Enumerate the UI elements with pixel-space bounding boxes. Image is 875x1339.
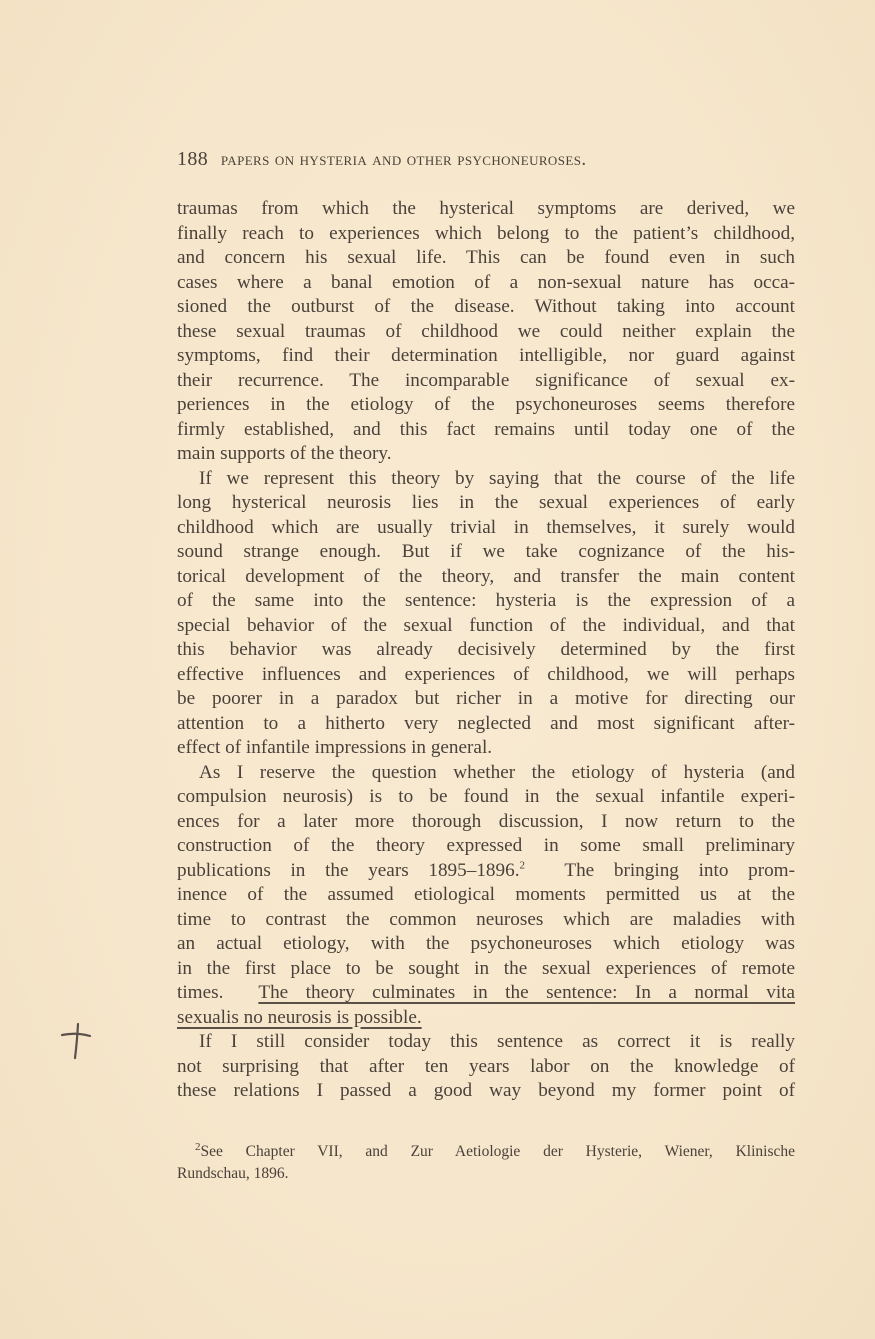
text-line: in the first place to be sought in the s… [177, 957, 795, 982]
text-line: of the same into the sentence: hysteria … [177, 589, 795, 614]
text-segment: The bringing into prom- [564, 860, 795, 881]
body-text: traumas from which the hysterical sympto… [177, 197, 795, 1104]
text-line: firmly established, and this fact remain… [177, 418, 795, 443]
text-line: these sexual traumas of childhood we cou… [177, 320, 795, 345]
text-line: torical development of the theory, and t… [177, 565, 795, 590]
text-line: periences in the etiology of the psychon… [177, 393, 795, 418]
text-line: not surprising that after ten years labo… [177, 1055, 795, 1080]
text-line: traumas from which the hysterical sympto… [177, 197, 795, 222]
underlined-passage: sexualis no neurosis is possible. [177, 1007, 422, 1028]
text-line: effective influences and experiences of … [177, 663, 795, 688]
text-line-underlined: sexualis no neurosis is possible. [177, 1006, 795, 1031]
running-head: 188 PAPERS ON HYSTERIA AND OTHER PSYCHON… [177, 148, 777, 171]
text-line: time to contrast the common neuroses whi… [177, 908, 795, 933]
paragraph-start-line: As I reserve the question whether the et… [177, 761, 795, 786]
text-line: sioned the outburst of the disease. With… [177, 295, 795, 320]
text-segment: publications in the years 1895–1896. [177, 860, 520, 881]
text-line: an actual etiology, with the psychoneuro… [177, 932, 795, 957]
text-line: effect of infantile impressions in gener… [177, 736, 795, 761]
text-line: attention to a hitherto very neglected a… [177, 712, 795, 737]
footnote-ref[interactable]: 2 [520, 859, 526, 871]
page-number: 188 [177, 148, 208, 170]
running-title: PAPERS ON HYSTERIA AND OTHER PSYCHONEURO… [221, 149, 587, 170]
text-line: inence of the assumed etiological moment… [177, 883, 795, 908]
footnote-text: See Chapter VII, and Zur Aetiologie der … [201, 1143, 796, 1160]
text-line: compulsion neurosis) is to be found in t… [177, 785, 795, 810]
footnote-line: Rundschau, 1896. [177, 1163, 795, 1185]
text-line: these relations I passed a good way beyo… [177, 1079, 795, 1104]
underlined-passage: The theory culminates in the sentence: I… [258, 982, 795, 1003]
paragraph-start-line: If I still consider today this sentence … [177, 1030, 795, 1055]
text-line: main supports of the theory. [177, 442, 795, 467]
text-line: this behavior was already decisively det… [177, 638, 795, 663]
text-line: ences for a later more thorough discussi… [177, 810, 795, 835]
book-page: 188 PAPERS ON HYSTERIA AND OTHER PSYCHON… [0, 0, 875, 1339]
text-line: cases where a banal emotion of a non-sex… [177, 271, 795, 296]
text-line: be poorer in a paradox but richer in a m… [177, 687, 795, 712]
text-line: their recurrence. The incomparable signi… [177, 369, 795, 394]
text-segment: times. [177, 982, 223, 1003]
text-line: and concern his sexual life. This can be… [177, 246, 795, 271]
text-line: symptoms, find their determination intel… [177, 344, 795, 369]
text-line: special behavior of the sexual function … [177, 614, 795, 639]
footnote-line: 2See Chapter VII, and Zur Aetiologie der… [177, 1141, 795, 1163]
paragraph-start-line: If we represent this theory by saying th… [177, 467, 795, 492]
handwritten-cross-icon [56, 1020, 106, 1070]
text-line-underlined: times. The theory culminates in the sent… [177, 981, 795, 1006]
text-line-with-footnote: publications in the years 1895–1896.2 Th… [177, 859, 795, 884]
text-line: childhood which are usually trivial in t… [177, 516, 795, 541]
text-line: long hysterical neurosis lies in the sex… [177, 491, 795, 516]
footnote: 2See Chapter VII, and Zur Aetiologie der… [177, 1141, 795, 1185]
text-line: construction of the theory expressed in … [177, 834, 795, 859]
text-line: sound strange enough. But if we take cog… [177, 540, 795, 565]
text-line: finally reach to experiences which belon… [177, 222, 795, 247]
